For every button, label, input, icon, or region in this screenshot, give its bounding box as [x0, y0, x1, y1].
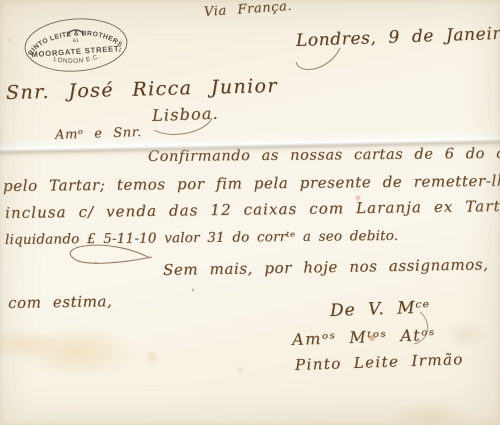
body-line-4: liquidando £ 5-11-10 valor 31 do corrᵗᵉ …: [5, 228, 398, 248]
date-line: Londres, 9 de Janeiro 1863.: [296, 21, 500, 51]
signature-firm-name: Pinto Leite Irmão: [295, 350, 464, 374]
signature-courtesy: Amᵒˢ Mᵗᵒˢ Atᵒˢ: [292, 325, 437, 349]
addressee-name: Snr. José Ricca Junior: [6, 75, 278, 104]
body-line-2: pelo Tartar; temos por fim pela presente…: [3, 172, 500, 195]
stamp-number: 61: [73, 38, 79, 44]
letterhead-stamp: PINTO LEITE & BROTHERS, 61 MOORGATE STRE…: [20, 12, 132, 77]
closing-line: Sem mais, por hoje nos assignamos,: [163, 255, 489, 279]
via-notation: Via França.: [203, 0, 292, 20]
closing-line-2: com estima,: [8, 292, 113, 312]
signature-honorific: De V. Mᶜᵉ: [330, 298, 431, 321]
body-line-3: inclusa c/ venda das 12 caixas com Laran…: [5, 197, 500, 222]
letter-scan: PINTO LEITE & BROTHERS, 61 MOORGATE STRE…: [0, 0, 500, 425]
body-line-1: Confirmando as nossas cartas de 6 do cor…: [148, 146, 500, 165]
stamp-street: MOORGATE STREET,: [31, 44, 122, 59]
addressee-city: Lisboa.: [152, 104, 219, 125]
salutation: Amᵒ e Snr.: [55, 125, 142, 143]
